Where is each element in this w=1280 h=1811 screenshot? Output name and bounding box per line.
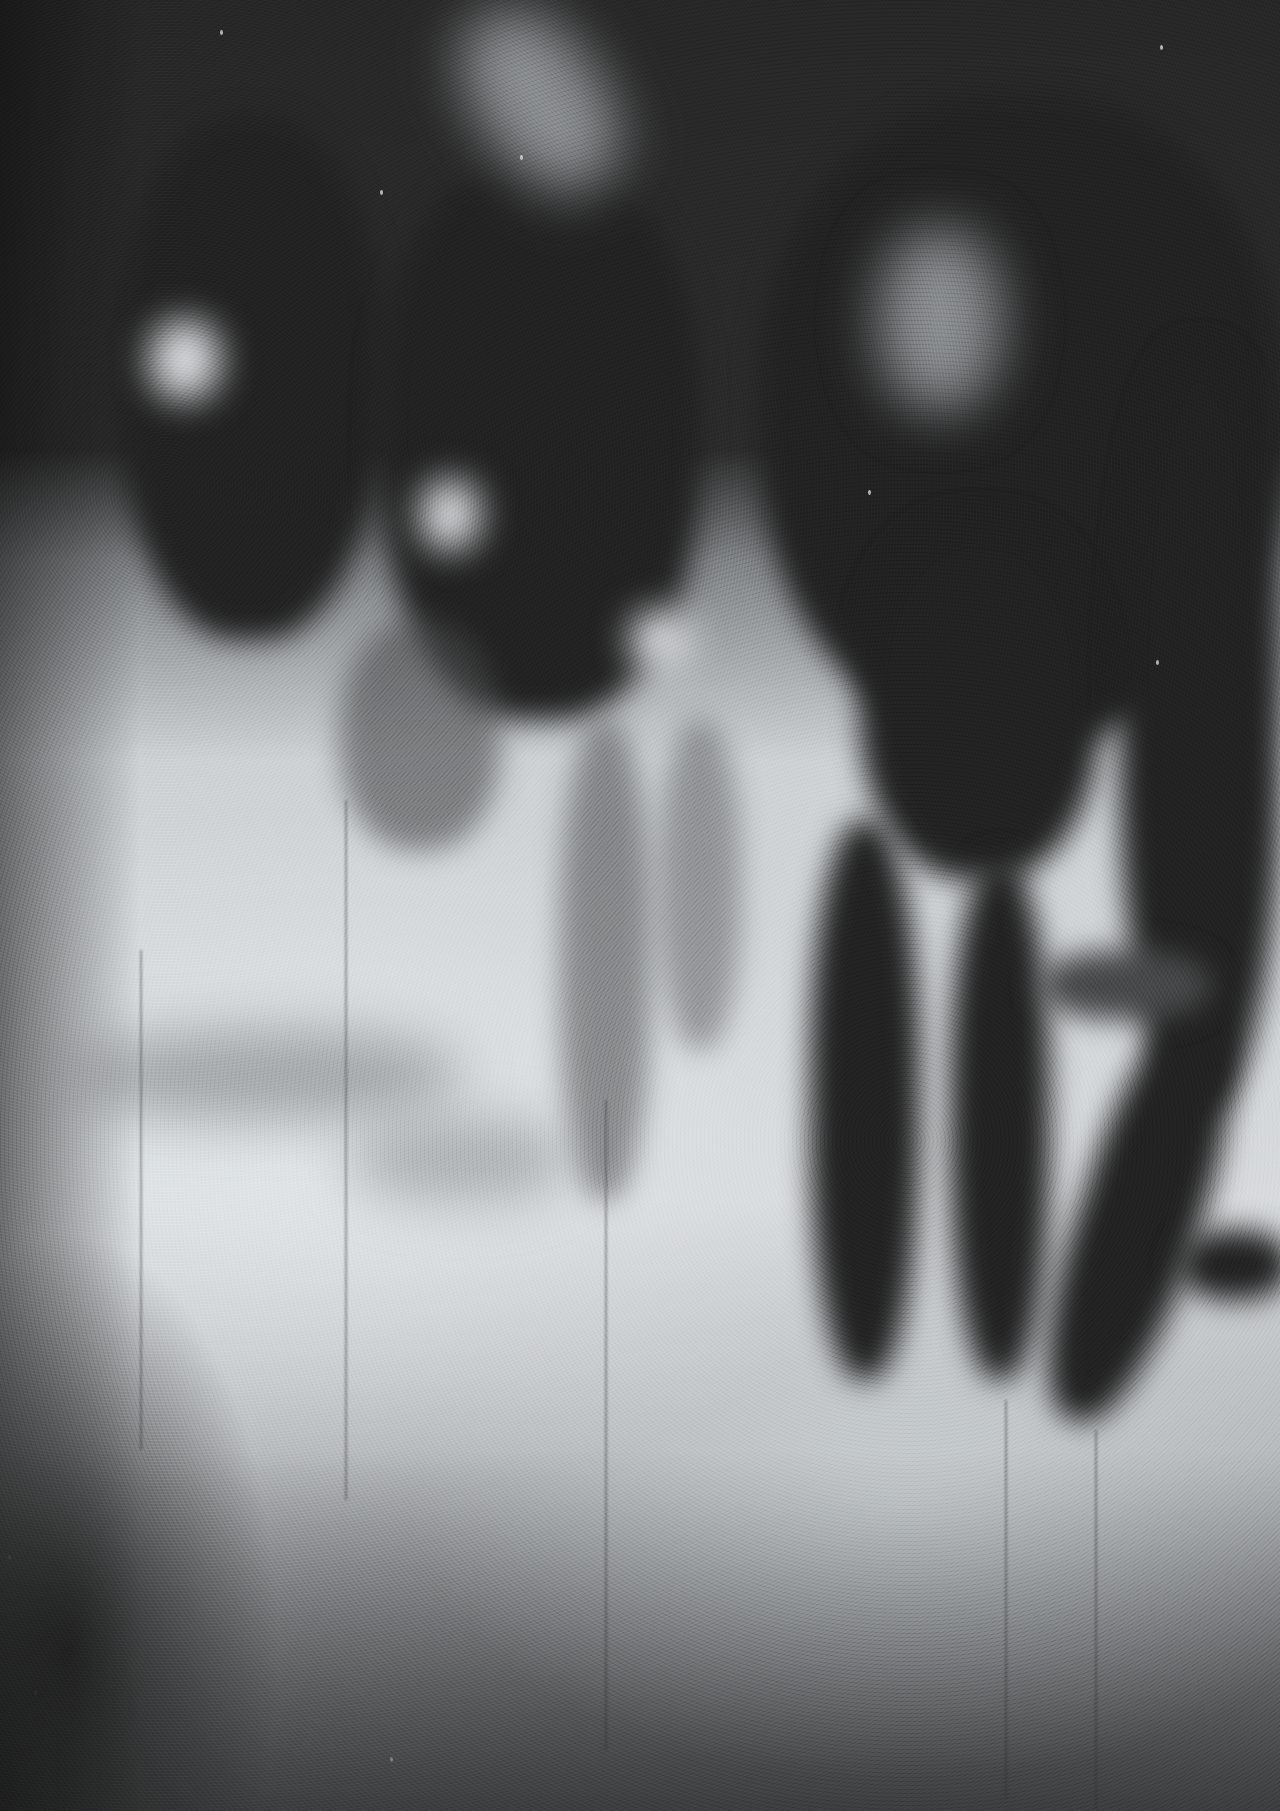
film-grain-overlay: [0, 0, 1280, 1811]
film-still: [0, 0, 1280, 1811]
